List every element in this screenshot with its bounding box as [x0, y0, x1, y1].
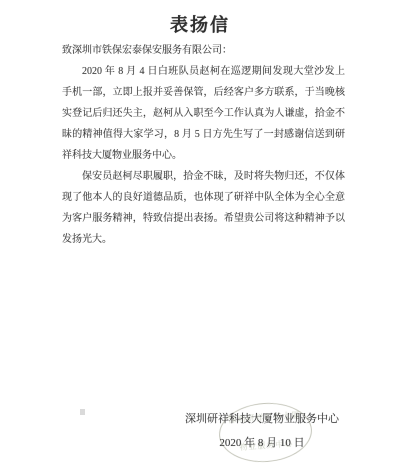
paragraph2-line: 为客户服务精神，特致信提出表扬。希望贵公司将这种精神予以: [62, 208, 345, 229]
paragraph2-line: 保安员赵柯尽职履职，拾金不昧，及时将失物归还，不仅体: [62, 166, 345, 187]
signature-line: 深圳研祥科技大厦物业服务中心: [182, 407, 342, 431]
paragraph2-line: 发扬光大。: [62, 229, 345, 250]
letter-body: 致深圳市铁保宏泰保安服务有限公司： 2020 年 8 月 4 日白班队员赵柯在巡…: [62, 40, 345, 250]
letter-title: 表扬信: [0, 11, 400, 37]
paragraph1-line: 手机一部，立即上报并妥善保管，后经客户多方联系，于当晚核: [62, 82, 345, 103]
paragraph2-line: 现了他本人的良好道德品质，也体现了研祥中队全体为全心全意: [62, 187, 345, 208]
scan-smudge: [80, 409, 85, 415]
paragraph1-line: 祥科技大厦物业服务中心。: [62, 145, 345, 166]
signature-block: 深圳研祥科技大厦物业服务中心 2020 年 8 月 10 日: [182, 407, 342, 455]
letter-page: 表扬信 致深圳市铁保宏泰保安服务有限公司： 2020 年 8 月 4 日白班队员…: [0, 0, 400, 463]
paragraph1-line: 昧的精神值得大家学习，8 月 5 日方先生写了一封感谢信送到研: [62, 124, 345, 145]
salutation-line: 致深圳市铁保宏泰保安服务有限公司：: [62, 40, 345, 61]
paragraph1-line: 2020 年 8 月 4 日白班队员赵柯在巡逻期间发现大堂沙发上: [62, 61, 345, 82]
paragraph1-line: 实登记后归还失主，赵柯从入职至今工作认真为人谦虚，拾金不: [62, 103, 345, 124]
date-line: 2020 年 8 月 10 日: [182, 431, 342, 455]
